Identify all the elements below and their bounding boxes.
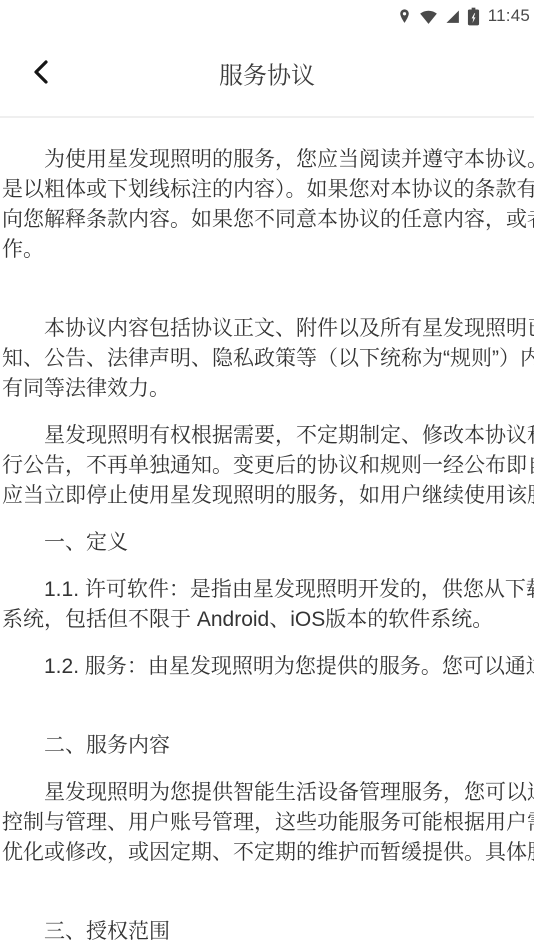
text-line: 二、服务内容 — [2, 731, 534, 761]
agreement-paragraph: 星发现照明为您提供智能生活设备管理服务，您可以通控制与管理、用户账号管理，这些功… — [2, 778, 534, 868]
section-heading: 一、定义 — [2, 528, 534, 558]
agreement-content[interactable]: 为使用星发现照明的服务，您应当阅读并遵守本协议。是以粗体或下划线标注的内容）。如… — [0, 118, 534, 950]
wifi-icon — [419, 8, 438, 25]
text-line: 是以粗体或下划线标注的内容）。如果您对本协议的条款有 — [2, 175, 534, 205]
text-line: 为使用星发现照明的服务，您应当阅读并遵守本协议。 — [2, 145, 534, 175]
text-line: 作。 — [2, 235, 534, 265]
text-line: 知、公告、法律声明、隐私政策等（以下统称为“规则”）内 — [2, 344, 534, 374]
location-icon — [396, 8, 413, 25]
battery-charging-icon — [467, 7, 480, 26]
agreement-paragraph: 1.2. 服务：由星发现照明为您提供的服务。您可以通过 — [2, 652, 534, 682]
text-line: 1.1. 许可软件：是指由星发现照明开发的，供您从下载 — [2, 575, 534, 605]
cell-signal-icon — [444, 8, 461, 25]
agreement-paragraph: 星发现照明有权根据需要，不定期制定、修改本协议和行公告，不再单独通知。变更后的协… — [2, 421, 534, 511]
text-line: 三、授权范围 — [2, 917, 534, 947]
agreement-paragraph: 1.1. 许可软件：是指由星发现照明开发的，供您从下载系统，包括但不限于 And… — [2, 575, 534, 635]
page-title: 服务协议 — [0, 56, 534, 91]
text-line: 行公告，不再单独通知。变更后的协议和规则一经公布即自 — [2, 451, 534, 481]
paragraph-spacer — [2, 282, 534, 314]
section-heading: 二、服务内容 — [2, 731, 534, 761]
text-line: 星发现照明为您提供智能生活设备管理服务，您可以通 — [2, 778, 534, 808]
app-header: 服务协议 — [0, 30, 534, 118]
agreement-paragraph: 本协议内容包括协议正文、附件以及所有星发现照明已知、公告、法律声明、隐私政策等（… — [2, 314, 534, 404]
text-line: 优化或修改，或因定期、不定期的维护而暂缓提供。具体服 — [2, 838, 534, 868]
text-line: 本协议内容包括协议正文、附件以及所有星发现照明已 — [2, 314, 534, 344]
agreement-paragraph: 为使用星发现照明的服务，您应当阅读并遵守本协议。是以粗体或下划线标注的内容）。如… — [2, 145, 534, 265]
text-line: 系统，包括但不限于 Android、iOS版本的软件系统。 — [2, 605, 534, 635]
text-line: 应当立即停止使用星发现照明的服务，如用户继续使用该服 — [2, 481, 534, 511]
text-line: 一、定义 — [2, 528, 534, 558]
paragraph-spacer — [2, 885, 534, 917]
text-line: 控制与管理、用户账号管理，这些功能服务可能根据用户需 — [2, 808, 534, 838]
text-line: 有同等法律效力。 — [2, 374, 534, 404]
paragraph-spacer — [2, 699, 534, 731]
text-line: 1.2. 服务：由星发现照明为您提供的服务。您可以通过 — [2, 652, 534, 682]
text-line: 星发现照明有权根据需要，不定期制定、修改本协议和 — [2, 421, 534, 451]
section-heading: 三、授权范围 — [2, 917, 534, 947]
status-bar: 11:45 — [0, 0, 534, 30]
text-line: 向您解释条款内容。如果您不同意本协议的任意内容，或者 — [2, 205, 534, 235]
status-time: 11:45 — [488, 6, 530, 26]
